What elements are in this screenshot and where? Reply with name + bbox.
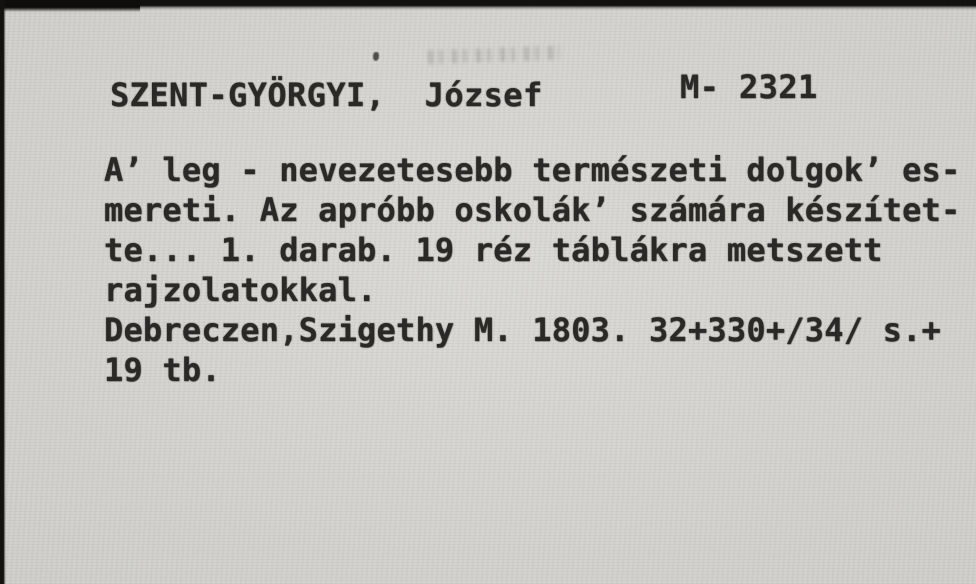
card-body-line-4: rajzolatokkal. (104, 270, 974, 310)
card-body-line-5: Debreczen,Szigethy M. 1803. 32+330+/34/ … (104, 310, 974, 350)
scan-top-edge (0, 0, 976, 10)
faint-pencil-smudge (428, 46, 560, 65)
ink-speck-mark (373, 52, 379, 61)
card-body-line-3: te... 1. darab. 19 réz táblákra metszett (104, 230, 974, 270)
card-body: A’ leg - nevezetesebb természeti dolgok’… (104, 150, 974, 390)
card-body-line-6: 19 tb. (104, 350, 974, 390)
card-body-line-1: A’ leg - nevezetesebb természeti dolgok’… (104, 150, 974, 190)
card-call-number: M- 2321 (680, 68, 818, 106)
catalog-card-scan: SZENT-GYÖRGYI, József M- 2321 A’ leg - n… (0, 0, 976, 584)
card-heading-author: SZENT-GYÖRGYI, József (110, 76, 543, 114)
scan-left-edge (0, 0, 6, 584)
card-body-line-2: mereti. Az apróbb oskolák’ számára készí… (104, 190, 974, 230)
